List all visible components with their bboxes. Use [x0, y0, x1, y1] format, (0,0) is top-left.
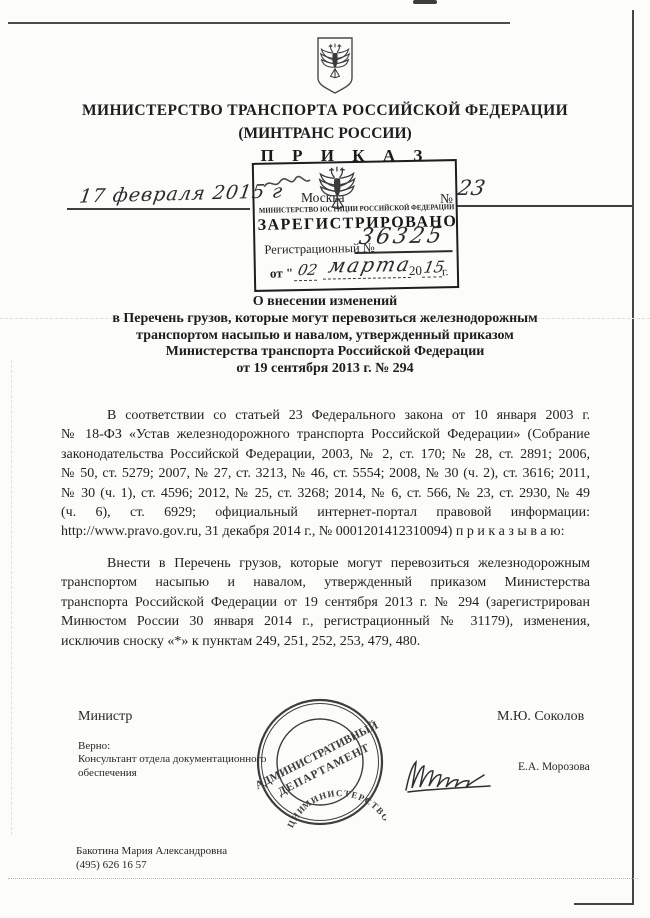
- scan-top-line: [8, 22, 510, 24]
- body-line: http://www.pravo.gov.ru, 31 декабря 2014…: [61, 522, 590, 541]
- body-line: исключив сноску «*» к пунктам 249, 251, …: [61, 632, 590, 651]
- title-line: от 19 сентября 2013 г. № 294: [0, 361, 650, 378]
- certifier-name: Е.А. Морозова: [518, 761, 590, 773]
- body-line: № 18-ФЗ «Устав железнодорожного транспор…: [61, 425, 590, 444]
- registration-stamp: МИНИСТЕРСТВО ЮСТИЦИИ РОССИЙСКОЙ ФЕДЕРАЦИ…: [252, 159, 459, 292]
- paragraph-legal-basis: В соответствии со статьей 23 Федеральног…: [61, 406, 590, 542]
- minister-title: Министр: [78, 709, 132, 725]
- body-line: транспортом насыпью и навалом, утвержден…: [61, 573, 590, 592]
- number-underline: [456, 205, 632, 207]
- body-line: транспорта Российской Федерации от 19 се…: [61, 593, 590, 612]
- scan-left-fold-line: [11, 360, 12, 835]
- body-line: (ч. 6), ст. 6929; официальный интернет-п…: [61, 503, 590, 522]
- handwritten-number: 23: [455, 176, 487, 200]
- coat-of-arms-icon: [314, 36, 356, 101]
- contact-name: Бакотина Мария Александровна: [76, 845, 227, 857]
- department-round-stamp: МИНИСТЕРСТВО ТРАНСПОРТА РОССИЙСКОЙ ФЕДЕР…: [254, 696, 386, 833]
- reg-number-handwritten: 36325: [357, 223, 447, 250]
- stamp-date-suffix: г.: [442, 264, 449, 279]
- verno-label: Верно:: [78, 740, 110, 752]
- body-line: № 30 (ч. 1), ст. 4596; 2012, № 25, ст. 3…: [61, 484, 590, 503]
- stamp-date-prefix: от ": [270, 265, 293, 281]
- consultant-line: обеспечения: [78, 767, 137, 779]
- paragraph-order: Внести в Перечень грузов, которые могут …: [61, 554, 590, 651]
- scan-top-smudge: [413, 0, 437, 4]
- ministry-name: МИНИСТЕРСТВО ТРАНСПОРТА РОССИЙСКОЙ ФЕДЕР…: [0, 102, 650, 120]
- stamp-scribble: [262, 174, 312, 193]
- number-label: №: [440, 191, 453, 207]
- minister-name: М.Ю. Соколов: [497, 709, 584, 725]
- scan-footer-dotted-line: [8, 878, 638, 879]
- scan-bottom-edge-line: [574, 903, 634, 905]
- morozova-signature: [402, 756, 494, 796]
- title-line: Министерства транспорта Российской Федер…: [0, 344, 650, 361]
- body-line: законодательства Российской Федерации, 2…: [61, 445, 590, 464]
- doc-type-title: П Р И К А З: [0, 146, 650, 166]
- stamp-date-month: марта: [323, 252, 417, 280]
- title-line: в Перечень грузов, которые могут перевоз…: [0, 311, 650, 328]
- consultant-line: Консультант отдела документационного: [78, 753, 266, 765]
- document-page: МИНИСТЕРСТВО ТРАНСПОРТА РОССИЙСКОЙ ФЕДЕР…: [0, 0, 650, 918]
- title-line: транспортом насыпью и навалом, утвержден…: [0, 328, 650, 345]
- body-line: Минюстом России 30 января 2014 г., регис…: [61, 612, 590, 631]
- ministry-short-name: (МИНТРАНС РОССИИ): [0, 125, 650, 143]
- date-underline: [67, 208, 250, 210]
- body-line: Внести в Перечень грузов, которые могут …: [61, 554, 590, 573]
- stamp-date-day: 02: [294, 261, 321, 282]
- scan-right-edge-line: [632, 10, 634, 905]
- svg-text:МИНИСТЕРСТВО ТРАНСПОРТА РОССИЙ: МИНИСТЕРСТВО ТРАНСПОРТА РОССИЙСКОЙ ФЕДЕР…: [254, 696, 386, 828]
- document-title: О внесении изменений в Перечень грузов, …: [0, 294, 650, 378]
- round-stamp-ring-text: МИНИСТЕРСТВО ТРАНСПОРТА РОССИЙСКОЙ ФЕДЕР…: [254, 696, 386, 828]
- title-line: О внесении изменений: [0, 294, 650, 311]
- body-line: В соответствии со статьей 23 Федеральног…: [61, 406, 590, 425]
- body-line: № 50, ст. 5279; 2007, № 27, ст. 3213, № …: [61, 464, 590, 483]
- stamp-date-year-printed: 20: [409, 263, 422, 279]
- contact-phone: (495) 626 16 57: [76, 859, 147, 871]
